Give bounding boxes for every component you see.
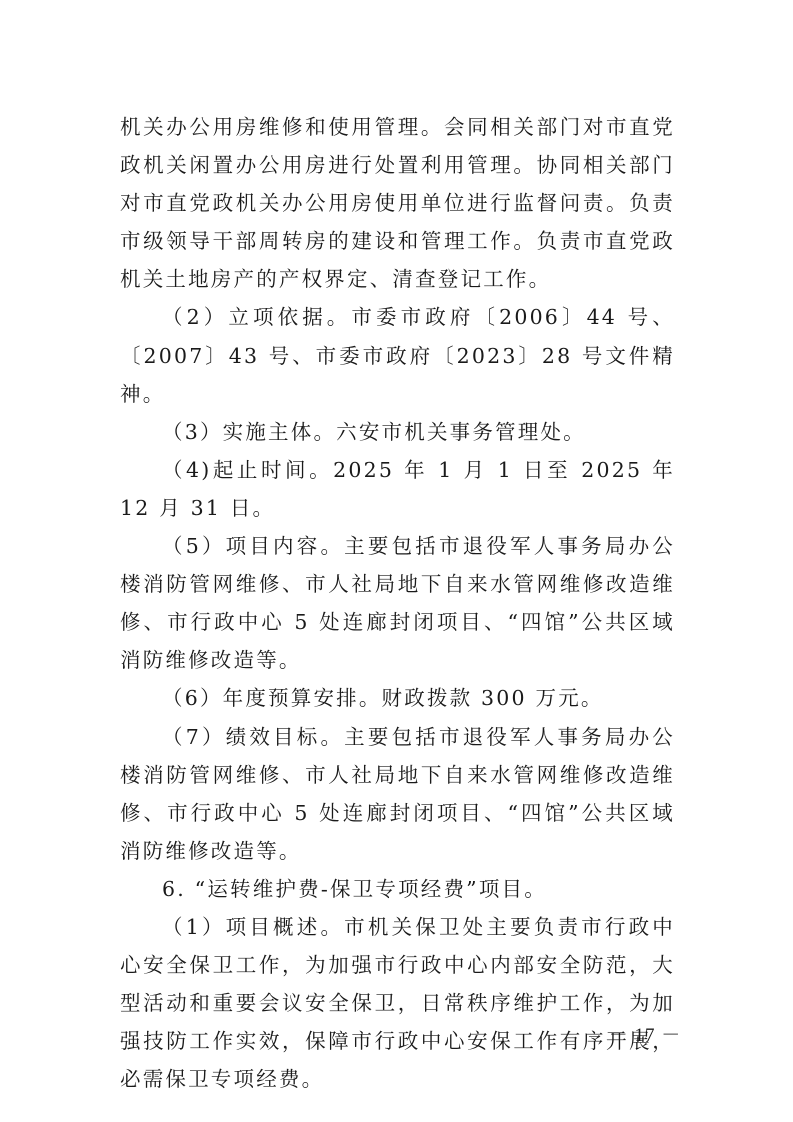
document-body: 机关办公用房维修和使用管理。会同相关部门对市直党政机关闲置办公用房进行处置利用管… [120, 108, 675, 1098]
paragraph-project-content: （5）项目内容。主要包括市退役军人事务局办公楼消防管网维修、市人社局地下自来水管… [120, 527, 675, 679]
paragraph-implementing-body: （3）实施主体。六安市机关事务管理处。 [120, 413, 675, 451]
paragraph-project-overview: （1）项目概述。市机关保卫处主要负责市行政中心安全保卫工作，为加强市行政中心内部… [120, 908, 675, 1098]
paragraph-duration: （4)起止时间。2025 年 1 月 1 日至 2025 年 12 月 31 日… [120, 451, 675, 527]
paragraph-project-basis: （2）立项依据。市委市政府〔2006〕44 号、〔2007〕43 号、市委市政府… [120, 298, 675, 412]
paragraph-office-management: 机关办公用房维修和使用管理。会同相关部门对市直党政机关闲置办公用房进行处置利用管… [120, 108, 675, 298]
paragraph-annual-budget: （6）年度预算安排。财政拨款 300 万元。 [120, 679, 675, 717]
page-number: － 17 － [600, 1020, 690, 1047]
paragraph-performance-goals: （7）绩效目标。主要包括市退役军人事务局办公楼消防管网维修、市人社局地下自来水管… [120, 718, 675, 870]
section-heading-security-funds: 6. “运转维护费-保卫专项经费”项目。 [120, 870, 675, 908]
